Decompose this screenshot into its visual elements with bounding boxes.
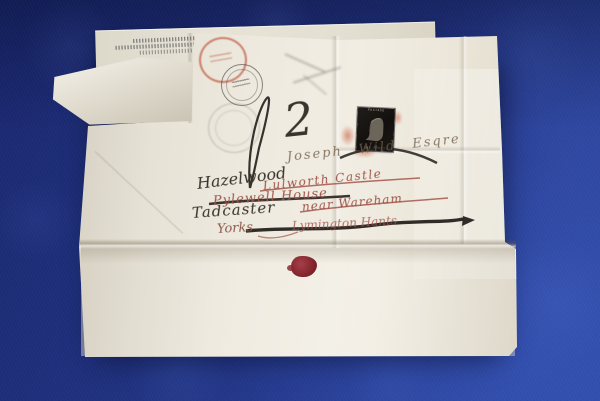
left-flap xyxy=(50,56,196,126)
address-line-redirect-county: Yorks xyxy=(217,220,254,237)
photo-scene: POSTAGE ONE PENNY 2 Joseph Wild Esqre Ha… xyxy=(0,0,600,401)
strike-arrow-flick xyxy=(462,216,475,226)
